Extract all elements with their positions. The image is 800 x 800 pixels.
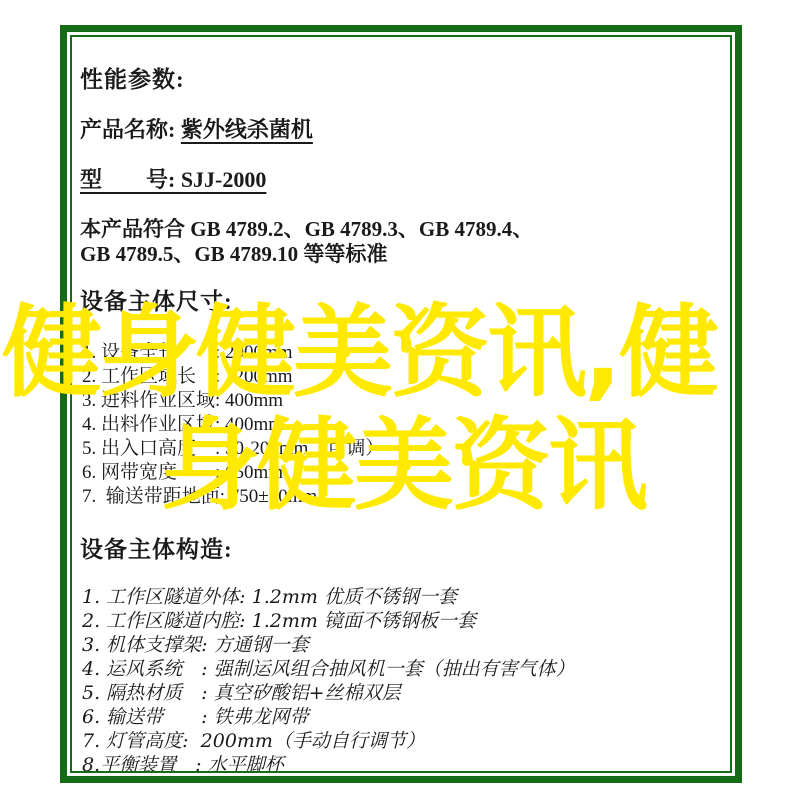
dimension-item: 5. 出入口高度 : 50-200mm（可调）: [82, 437, 720, 461]
dimension-item: 7. 输送带距地面: 750±20mm: [82, 485, 720, 509]
inner-green-frame: 性能参数: 产品名称: 紫外线杀菌机 型 号: SJJ-2000 本产品符合 G…: [70, 35, 732, 773]
standards-text: 本产品符合 GB 4789.2、GB 4789.3、GB 4789.4、 GB …: [80, 217, 720, 267]
dimensions-list: 1. 设备全长 : 2000mm 2. 工作区域长 : 1200mm 3. 进料…: [82, 341, 720, 509]
product-name-value: 紫外线杀菌机: [181, 117, 313, 142]
standards-line-2: GB 4789.5、GB 4789.10 等等标准: [80, 242, 720, 267]
outer-green-frame: 性能参数: 产品名称: 紫外线杀菌机 型 号: SJJ-2000 本产品符合 G…: [60, 25, 742, 783]
construction-item: 7. 灯管高度: 200mm（手动自行调节）: [82, 729, 720, 753]
product-name-line: 产品名称: 紫外线杀菌机: [80, 117, 720, 143]
construction-heading: 设备主体构造:: [80, 537, 720, 563]
construction-item: 3. 机体支撑架: 方通钢一套: [82, 633, 720, 657]
model-value: 型 号: SJJ-2000: [80, 167, 266, 192]
construction-item: 4. 运风系统 : 强制运风组合抽风机一套（抽出有害气体）: [82, 657, 720, 681]
dimension-item: 2. 工作区域长 : 1200mm: [82, 365, 720, 389]
document-page: 性能参数: 产品名称: 紫外线杀菌机 型 号: SJJ-2000 本产品符合 G…: [0, 0, 800, 800]
dimensions-heading: 设备主体尺寸:: [80, 289, 720, 315]
dimension-item: 3. 进料作业区域: 400mm: [82, 389, 720, 413]
performance-params-heading: 性能参数:: [80, 67, 720, 93]
dimension-item: 6. 网带宽度 : 650mm: [82, 461, 720, 485]
dimension-item: 1. 设备全长 : 2000mm: [82, 341, 720, 365]
standards-line-1: 本产品符合 GB 4789.2、GB 4789.3、GB 4789.4、: [80, 217, 720, 242]
construction-item: 1. 工作区隧道外体: 1.2mm 优质不锈钢一套: [82, 585, 720, 609]
construction-item: 6. 输送带 : 铁弗龙网带: [82, 705, 720, 729]
construction-list: 1. 工作区隧道外体: 1.2mm 优质不锈钢一套 2. 工作区隧道内腔: 1.…: [82, 585, 720, 773]
construction-item: 5. 隔热材质 : 真空矽酸铝+丝棉双层: [82, 681, 720, 705]
construction-item: 8.平衡装置 : 水平脚杯: [82, 753, 720, 773]
product-name-label: 产品名称:: [80, 117, 181, 142]
dimension-item: 4. 出料作业区域: 400mm: [82, 413, 720, 437]
model-line: 型 号: SJJ-2000: [80, 167, 720, 193]
construction-item: 2. 工作区隧道内腔: 1.2mm 镜面不锈钢板一套: [82, 609, 720, 633]
